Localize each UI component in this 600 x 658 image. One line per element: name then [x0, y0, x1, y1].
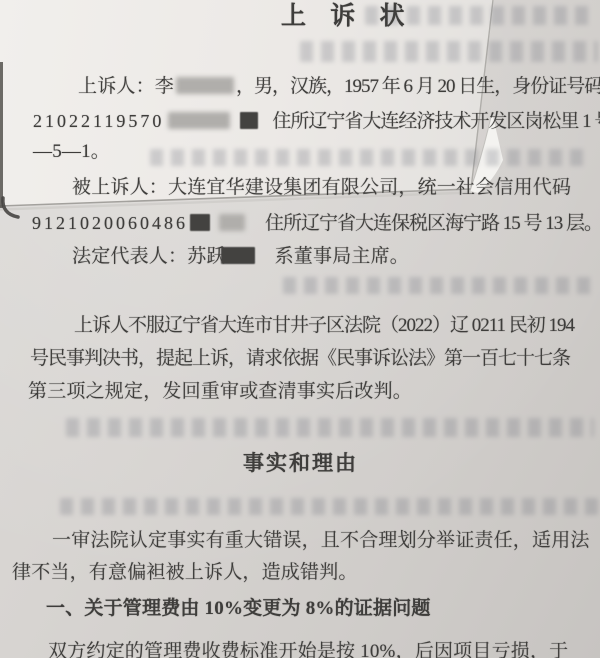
- appellant-prefix: 上诉人：李: [78, 76, 174, 97]
- appellant-line-3: —5—1。: [33, 140, 110, 164]
- section-heading: 事实和理由: [243, 451, 358, 475]
- appellee-line-1: 被上诉人：大连宜华建设集团有限公司，统一社会信用代码: [72, 176, 571, 200]
- legal-representative-line: 法定代表人：苏跃系董事局主席。: [72, 245, 409, 269]
- redaction-square: [190, 214, 210, 231]
- bleedthrough-line: [283, 277, 593, 294]
- bleedthrough-line: [300, 41, 598, 62]
- representative-prefix: 法定代表人：苏跃: [72, 246, 226, 267]
- appellant-info: ，男，汉族，1957 年 6 月 20 日生，身份证号码: [236, 76, 600, 97]
- page-title: 上 诉 状: [281, 5, 409, 29]
- bleedthrough-line: [66, 418, 594, 437]
- appellant-line-1: 上诉人：李，男，汉族，1957 年 6 月 20 日生，身份证号码: [78, 75, 600, 99]
- bleedthrough-line: [60, 498, 598, 515]
- bleedthrough-line: [150, 149, 590, 166]
- redaction-block-code: [219, 214, 245, 231]
- point1-heading: 一、关于管理费由 10%变更为 8%的证据问题: [46, 597, 431, 621]
- id-number: 21022119570: [33, 111, 164, 131]
- redaction-block-name: [176, 77, 234, 94]
- redaction-square: [240, 112, 258, 129]
- request-line-2: 号民事判决书，提起上诉，请求依据《民事诉讼法》第一百七十七条: [30, 347, 570, 371]
- point1-line-1: 双方约定的管理费收费标准开始是按 10%，后因项目亏损，于: [48, 640, 568, 658]
- document-photo: 上 诉 状 上诉人：李，男，汉族，1957 年 6 月 20 日生，身份证号码 …: [0, 0, 600, 658]
- redaction-block-rep-name: [221, 247, 255, 264]
- appellee-address: 住所辽宁省大连保税区海宁路 15 号 13 层。: [265, 213, 600, 234]
- appellee-line-2: 9121020060486住所辽宁省大连保税区海宁路 15 号 13 层。: [32, 211, 600, 236]
- argument-line-1: 一审法院认定事实有重大错误，且不合理划分举证责任，适用法: [52, 529, 590, 553]
- credit-code: 9121020060486: [32, 213, 188, 233]
- appellant-line-2: 21022119570住所辽宁省大连经济技术开发区岗松里 1 号 5: [33, 109, 600, 134]
- request-line-3: 第三项之规定，发回重审或查清事实后改判。: [28, 380, 412, 404]
- appellant-address: 住所辽宁省大连经济技术开发区岗松里 1 号 5: [272, 111, 600, 132]
- redaction-block-id: [168, 112, 230, 129]
- representative-title: 系董事局主席。: [275, 246, 409, 267]
- request-line-1: 上诉人不服辽宁省大连市甘井子区法院（2022）辽 0211 民初 194: [74, 314, 574, 338]
- argument-line-2: 律不当，有意偏袒被上诉人，造成错判。: [12, 561, 358, 585]
